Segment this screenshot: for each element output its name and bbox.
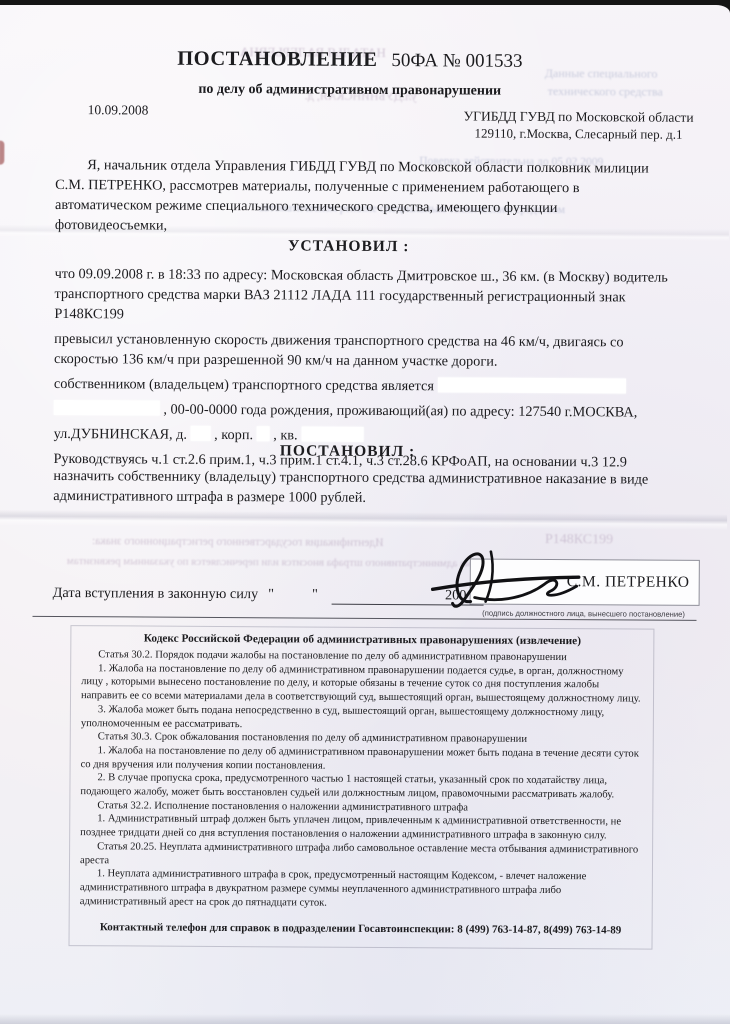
owner-line-text: собственником (владельцем) транспортного… xyxy=(54,376,434,394)
birth-line-text: , 00-00-0000 года рождения, проживающий(… xyxy=(163,402,637,421)
paper-sheet: НАТАЛЬЯ ВАЛЕРЬЕВНА Данные специального т… xyxy=(0,5,730,1024)
intro-paragraph: Я, начальник отдела Управления ГИБДД ГУВ… xyxy=(55,155,673,239)
extract-paragraph: 1. Жалоба на постановление по делу об ад… xyxy=(81,662,643,707)
document-date: 10.09.2008 xyxy=(88,102,149,118)
signature-caption: (подпись должностного лица, вынесшего по… xyxy=(463,608,705,618)
extract-paragraph: 2. В случае пропуска срока, предусмотрен… xyxy=(80,771,642,802)
document-content: НАТАЛЬЯ ВАЛЕРЬЕВНА Данные специального т… xyxy=(0,5,730,1024)
issuer-block: УГИБДД ГУВД по Московской области 129110… xyxy=(463,107,693,142)
redaction-box xyxy=(437,377,625,393)
redaction-box xyxy=(257,426,270,441)
extract-heading: Кодекс Российской Федерации об администр… xyxy=(81,632,643,647)
resolution-paragraph: назначить собственнику (владельцу) транс… xyxy=(53,466,675,510)
redaction-box xyxy=(301,426,363,441)
redaction-box xyxy=(191,426,211,441)
scanned-document: НАТАЛЬЯ ВАЛЕРЬЕВНА Данные специального т… xyxy=(0,0,730,1024)
speed-paragraph: превысил установленную скорость движения… xyxy=(54,329,682,373)
document-number: 50ФА № 001533 xyxy=(391,50,522,72)
extract-paragraph: 1. Административный штраф должен быть уп… xyxy=(80,813,642,844)
address-korp-label: , корп. xyxy=(214,427,253,443)
ink-smudge xyxy=(0,141,4,165)
owner-line: собственником (владельцем) транспортного… xyxy=(54,374,682,398)
extract-paragraph: 1. Жалоба на постановление по делу об ад… xyxy=(81,744,643,775)
signature-scrawl-icon xyxy=(429,543,639,614)
document-title: ПОСТАНОВЛЕНИЕ xyxy=(177,48,377,71)
document-subtitle: по делу об административном правонарушен… xyxy=(0,81,700,101)
contact-phone-line: Контактный телефон для справок в подразд… xyxy=(80,921,642,938)
bleedthrough-text: Сумма административного штрафа вносится … xyxy=(67,555,491,570)
issuer-name: УГИБДД ГУВД по Московской области xyxy=(464,107,694,125)
document-title-line: ПОСТАНОВЛЕНИЕ 50ФА № 001533 xyxy=(0,47,700,74)
issuer-address: 129110, г.Москва, Слесарный пер. д.1 xyxy=(463,124,693,142)
extract-paragraph: 3. Жалоба может быть подана непосредстве… xyxy=(81,703,643,734)
scan-shadow xyxy=(0,1014,730,1024)
bleedthrough-text: Идентификация государственного регистрац… xyxy=(92,535,384,549)
redaction-box xyxy=(54,400,160,416)
fold-crease xyxy=(0,510,727,530)
legal-extract-box: Кодекс Российской Федерации об администр… xyxy=(68,625,654,950)
quote-mark: " xyxy=(312,587,318,603)
address-kv-label: , кв. xyxy=(273,427,298,443)
extract-paragraph: Статья 20.25. Неуплата административного… xyxy=(80,840,642,871)
extract-paragraph: 1. Неуплата административного штрафа в с… xyxy=(80,867,642,912)
effective-date-label: Дата вступления в законную силу xyxy=(53,585,259,602)
fact-paragraph: что 09.09.2008 г. в 18:33 по адресу: Мос… xyxy=(54,264,682,328)
quote-mark: " xyxy=(268,586,274,602)
ustanovil-heading: УСТАНОВИЛ : xyxy=(0,236,699,258)
birth-line: , 00-00-0000 года рождения, проживающий(… xyxy=(54,399,682,423)
effective-date-line: Дата вступления в законную силу""200 г. xyxy=(53,585,484,606)
